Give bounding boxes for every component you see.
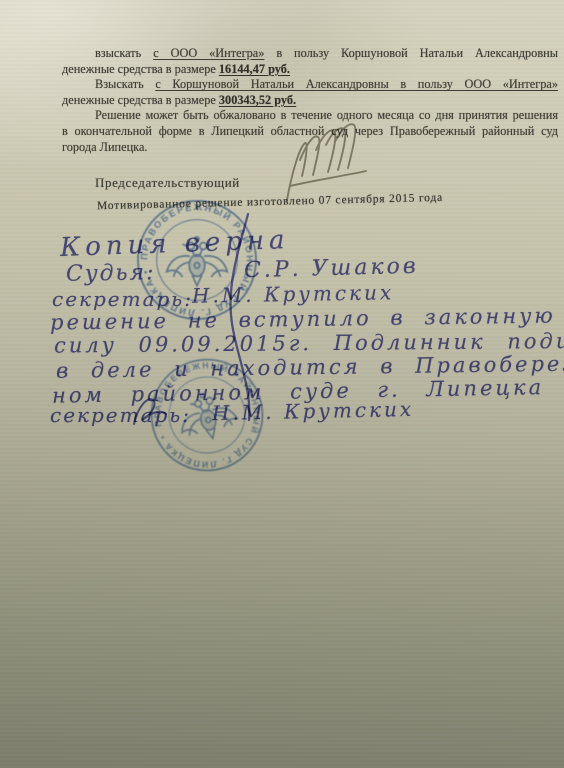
typed-line-6: в окончательной форме в Липецкий областн…: [62, 124, 558, 140]
handwritten-secretary-label-2: секретарь:: [50, 403, 191, 427]
typed-line-2: денежные средства в размере 16144,47 руб…: [62, 62, 558, 78]
handwritten-secretary-label-1: секретарь:: [52, 287, 193, 311]
presiding-judge-label: Председательствующий: [95, 175, 240, 191]
text-segment: в окончательной форме в Липецкий областн…: [62, 124, 558, 138]
text-segment: Взыскать: [95, 77, 155, 91]
text-segment: денежные средства в размере: [62, 62, 219, 76]
text-segment: денежные средства в размере: [62, 93, 219, 107]
typed-line-7: города Липецка.: [62, 140, 558, 156]
handwritten-secretary-name-1: Н.М. Крутских: [192, 280, 395, 308]
typed-line-5: Решение может быть обжаловано в течение …: [62, 108, 558, 124]
amount-segment: 16144,47 руб.: [219, 62, 290, 76]
typed-text-block: взыскать с ООО «Интегра» в пользу Коршун…: [62, 46, 558, 155]
text-segment: города Липецка.: [62, 140, 147, 154]
typed-line-1: взыскать с ООО «Интегра» в пользу Коршун…: [62, 46, 558, 62]
handwritten-judge-name: С.Р. Ушаков: [244, 254, 419, 284]
amount-segment: 300343,52 руб.: [219, 93, 296, 107]
handwritten-judge-label: Судья:: [66, 260, 156, 287]
text-segment: взыскать: [95, 46, 153, 60]
typed-line-4: денежные средства в размере 300343,52 ру…: [62, 93, 558, 109]
text-segment: Решение может быть обжаловано в течение …: [95, 108, 558, 122]
text-segment: в пользу Коршуновой Натальи Александровн…: [264, 46, 558, 60]
text-segment-underlined: с Коршуновой Натальи Александровны в пол…: [155, 77, 558, 91]
document-photo: взыскать с ООО «Интегра» в пользу Коршун…: [0, 0, 564, 768]
handwritten-secretary-name-2: Н.М. Крутских: [212, 397, 415, 425]
text-segment-underlined: с ООО «Интегра»: [153, 46, 264, 60]
typed-line-3: Взыскать с Коршуновой Натальи Александро…: [62, 77, 558, 93]
